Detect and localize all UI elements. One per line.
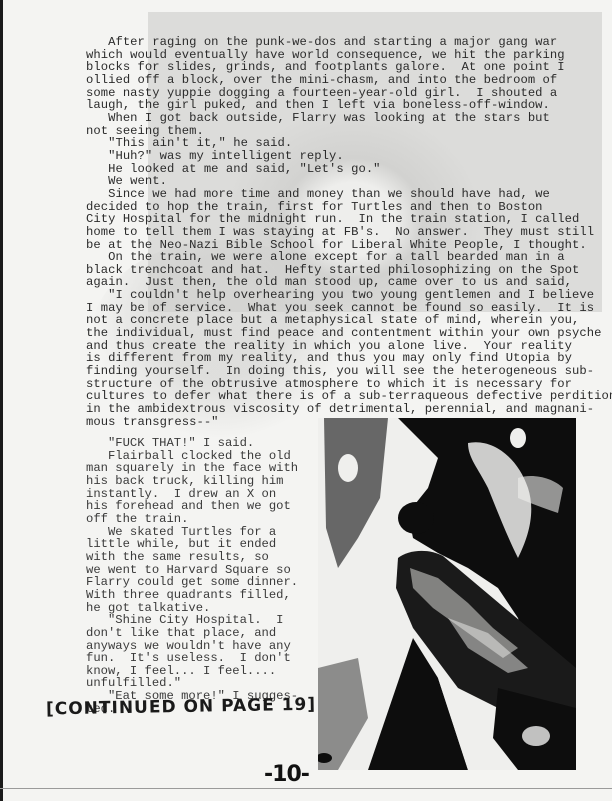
text-line: the individual, must find peace and cont…: [86, 327, 612, 340]
photo-image: [318, 418, 576, 770]
text-line: in the ambidextrous viscosity of detrime…: [86, 403, 612, 416]
page-left-edge: [0, 0, 3, 801]
text-line: "Shine City Hospital. I: [86, 614, 326, 627]
text-line: "FUCK THAT!" I said.: [86, 437, 326, 450]
text-line: finding yourself. In doing this, you wil…: [86, 365, 612, 378]
text-line: home to tell them I was staying at FB's.…: [86, 226, 612, 239]
text-line: City Hospital for the midnight run. In t…: [86, 213, 612, 226]
text-line: his back truck, killing him: [86, 475, 326, 488]
bottom-rule: [0, 788, 612, 789]
text-line: with the same results, so: [86, 551, 326, 564]
text-line: off the train.: [86, 513, 326, 526]
continued-on-page-note: [CONTINUED ON PAGE 19]: [46, 695, 316, 720]
text-line: Since we had more time and money than we…: [86, 188, 612, 201]
text-line: "Huh?" was my intelligent reply.: [86, 150, 612, 163]
text-line: ollied off a block, over the mini-chasm,…: [86, 74, 612, 87]
text-line: Flarry could get some dinner.: [86, 576, 326, 589]
text-line: After raging on the punk-we-dos and star…: [86, 36, 612, 49]
text-line: We went.: [86, 175, 612, 188]
text-line: fun. It's useless. I don't: [86, 652, 326, 665]
story-column-text: "FUCK THAT!" I said. Flairball clocked t…: [86, 437, 326, 715]
page-number: -10-: [264, 762, 309, 787]
text-line: When I got back outside, Flarry was look…: [86, 112, 612, 125]
story-main-text: After raging on the punk-we-dos and star…: [86, 36, 612, 428]
text-line: "This ain't it," he said.: [86, 137, 612, 150]
text-line: On the train, we were alone except for a…: [86, 251, 612, 264]
skateboard-photo: [318, 418, 576, 770]
text-line: With three quadrants filled,: [86, 589, 326, 602]
text-line: don't like that place, and: [86, 627, 326, 640]
text-line: "I couldn't help overhearing you two you…: [86, 289, 612, 302]
text-line: little while, but it ended: [86, 538, 326, 551]
